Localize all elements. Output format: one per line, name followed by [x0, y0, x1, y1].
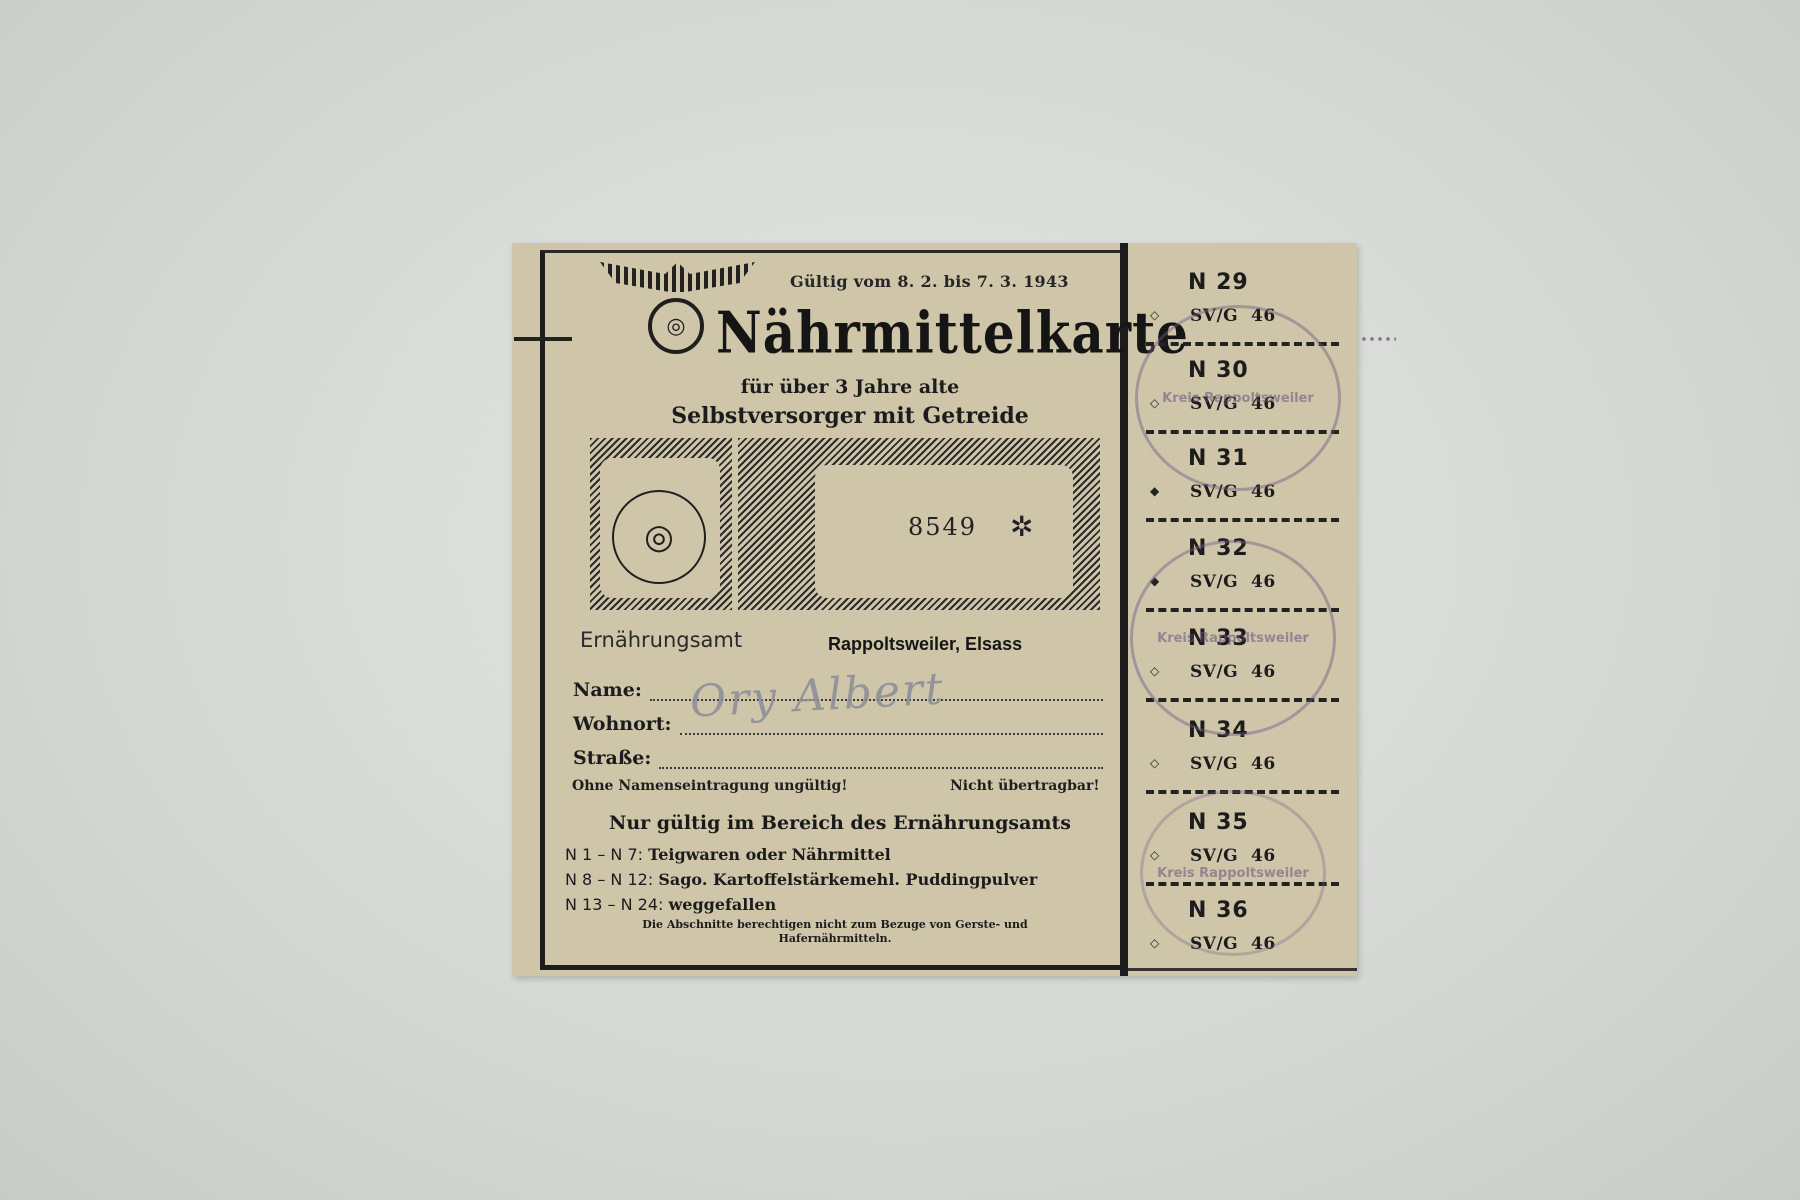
- diamond-marker-icon: ◇: [1150, 936, 1159, 950]
- cancellation-stamp: Kreis Rappoltsweiler: [1135, 305, 1341, 491]
- residence-label: Wohnort:: [573, 713, 672, 735]
- coupon-code: SV/G 46: [1190, 754, 1276, 774]
- diamond-marker-icon: ◇: [1150, 756, 1159, 770]
- street-field: Straße:: [573, 745, 1103, 769]
- card-subtitle-1: für über 3 Jahre alte: [640, 376, 1060, 398]
- cancellation-stamp: Kreis Rappoltsweiler: [1130, 540, 1336, 736]
- notice-non-transferable: Nicht übertragbar!: [950, 778, 1100, 794]
- stamp-text: Kreis Rappoltsweiler: [1157, 866, 1309, 881]
- name-label: Name:: [573, 679, 642, 701]
- background-debris: [1360, 335, 1396, 343]
- seal-glyph: ◎: [666, 314, 685, 339]
- office-seal-glyph: ◎: [644, 517, 674, 557]
- coupon-number: N 29: [1188, 270, 1249, 295]
- scope-statement: Nur gültig im Bereich des Ernährungsamts: [590, 812, 1090, 834]
- rule-text: Teigwaren oder Nährmittel: [648, 845, 891, 864]
- diamond-marker-icon: ◇: [1150, 308, 1159, 322]
- street-label: Straße:: [573, 747, 651, 769]
- rule-row: N 13 – N 24: weggefallen: [565, 895, 776, 914]
- street-line: [659, 751, 1103, 769]
- footnote-line-1: Die Abschnitte berechtigen nicht zum Bez…: [565, 918, 1105, 932]
- rule-code: N 1 – N 7:: [565, 845, 643, 864]
- rule-text: weggefallen: [668, 895, 776, 914]
- stamp-text: Kreis Rappoltsweiler: [1162, 391, 1314, 406]
- rule-code: N 8 – N 12:: [565, 870, 653, 889]
- footnote: Die Abschnitte berechtigen nicht zum Bez…: [565, 918, 1105, 946]
- footnote-line-2: Hafernährmitteln.: [565, 932, 1105, 946]
- cancellation-stamp: Kreis Rappoltsweiler: [1140, 790, 1326, 956]
- diamond-marker-icon: ◆: [1150, 484, 1159, 498]
- notice-name-required: Ohne Namenseintragung ungültig!: [572, 778, 847, 794]
- office-seal-stamp-icon: ◎: [612, 490, 706, 584]
- card-title: Nährmittelkarte: [716, 299, 1189, 367]
- serial-number: 8549: [908, 513, 977, 541]
- card-subtitle-2: Selbstversorger mit Getreide: [640, 403, 1060, 429]
- rule-code: N 13 – N 24:: [565, 895, 663, 914]
- official-seal-icon: ◎: [648, 298, 704, 354]
- serial-mark-icon: ✲: [1010, 510, 1033, 543]
- stamp-text: Kreis Rappoltsweiler: [1157, 631, 1309, 646]
- validity-period: Gültig vom 8. 2. bis 7. 3. 1943: [790, 272, 1069, 291]
- rule-row: N 1 – N 7: Teigwaren oder Nährmittel: [565, 845, 891, 864]
- rule-text: Sago. Kartoffelstärkemehl. Puddingpulver: [658, 870, 1037, 889]
- office-label: Ernährungsamt: [580, 628, 742, 652]
- rule-row: N 8 – N 12: Sago. Kartoffelstärkemehl. P…: [565, 870, 1037, 889]
- office-value: Rappoltsweiler, Elsass: [828, 634, 1022, 655]
- perforation-line: [1146, 518, 1339, 522]
